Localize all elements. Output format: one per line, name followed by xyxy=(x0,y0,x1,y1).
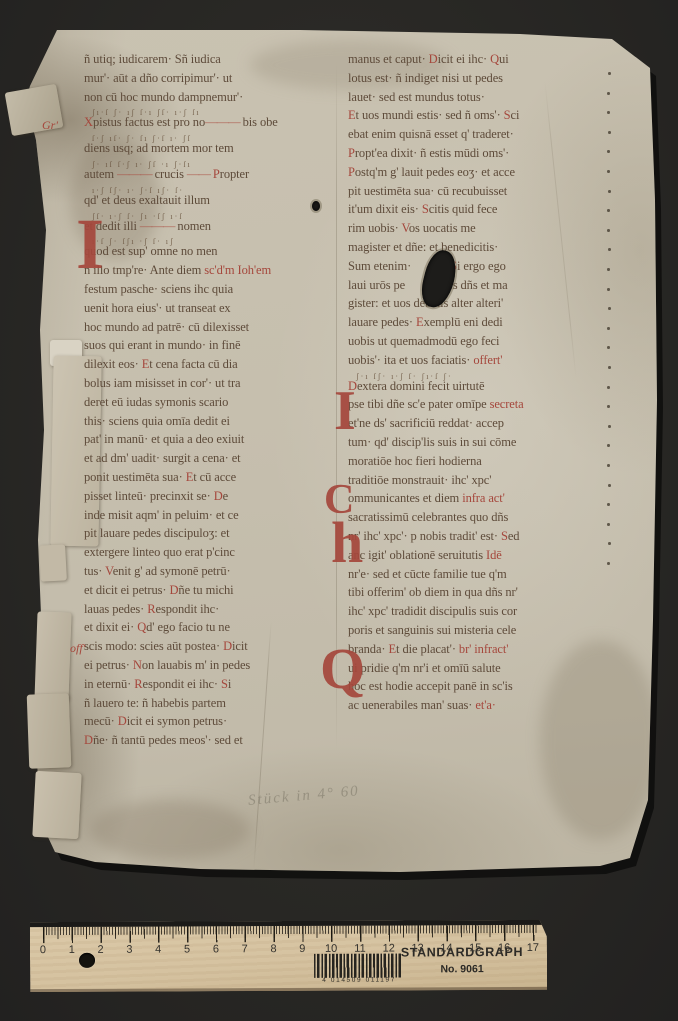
rubric-text: N xyxy=(133,658,142,672)
body-text: d' ego facio tu ne xyxy=(146,620,230,634)
body-text: laui urōs pe xyxy=(348,278,405,292)
manuscript-text-line: it'um dixit eis· Scitis quid fece xyxy=(348,200,612,219)
neume-notation: ſ·ʃ ıſ· ʃ· ſı ʃ·ſ ı· ʃſ xyxy=(92,130,192,149)
manuscript-text-line: rim uobis· Vos uocatis me xyxy=(348,219,612,238)
manuscript-text-line: Et uos mundi estis· sed ñ oms'· Sci xyxy=(348,106,612,125)
manuscript-text-line: scis modo: scies aūt postea· Dicit xyxy=(84,637,340,656)
body-text: os uocatis me xyxy=(409,221,476,235)
rubric-text: D xyxy=(118,714,127,728)
body-text: moratiōe hoc fieri hodierna xyxy=(348,454,482,468)
manuscript-text-line: ihc' xpc' tradidit discipulis suis cor xyxy=(348,602,612,621)
body-text: et'ne ds' sacrificiū reddat· accep xyxy=(348,416,504,430)
manuscript-text-line: gister: et uos debetis alter alteri' xyxy=(348,294,612,313)
pricking-hole xyxy=(607,170,610,173)
manuscript-text-line: pse tibi dñe sc'e pater omīpe secreta xyxy=(348,395,612,414)
neume-notation: ı·ʃ ſʃ· ı· ʃ·ſ ıʃ· ſ· xyxy=(92,182,184,201)
manuscript-text-line: et ad dm' uadit· surgit a cena· et xyxy=(84,449,340,468)
manuscript-text-line: anc igit' oblationē seruitutis Idē xyxy=(348,546,612,565)
rubric-text: infra act' xyxy=(462,491,505,505)
text-column-left: ñ utiq; iudicarem· Sñ iudicamur'· aūt a … xyxy=(84,50,340,750)
neume-notation: ʃ·ı ſʃ· ı·ʃ ſ· ʃı·ſ ʃ· xyxy=(356,368,453,387)
photograph-of-manuscript: ñ utiq; iudicarem· Sñ iudicamur'· aūt a … xyxy=(0,0,678,1021)
manuscript-text-line: inde misit aqm' in peluim· et ce xyxy=(84,506,340,525)
rubric-text: S xyxy=(221,677,228,691)
manuscript-text-line: nr' ihc' xpc'· p nobis tradit' est· Sed xyxy=(348,527,612,546)
manuscript-text-line: Sum etenim· Si ergo ego xyxy=(348,257,612,276)
manuscript-text-line: traditiōe monstrauit· ihc' xpc' xyxy=(348,471,612,490)
rubric-text: E xyxy=(389,642,397,656)
pricking-hole xyxy=(607,405,610,408)
ruler-hanging-hole xyxy=(79,953,95,968)
decorated-initial: I xyxy=(76,216,104,272)
body-text: lauare pedes· xyxy=(348,315,416,329)
barcode-digits: 4 014509 011197 xyxy=(313,976,405,983)
rubric-text: S xyxy=(422,202,429,216)
manuscript-text-line: n illo tmp're· Ante diem sc'd'm Ioh'em xyxy=(84,261,340,280)
body-text: mecū· xyxy=(84,714,118,728)
pricking-hole xyxy=(607,327,610,330)
body-text: uobis'· ita et uos faciatis· xyxy=(348,353,473,367)
rubric-text: br' infract' xyxy=(459,642,508,656)
body-text: magister et dñe: et benedicitis· xyxy=(348,240,498,254)
ruler-cm-number: 2 xyxy=(98,944,104,956)
manuscript-text-line: ommunicantes et diem infra act' xyxy=(348,489,612,508)
body-text: mur'· aūt a dño corripimur'· ut xyxy=(84,71,232,85)
body-text: icit ei ihc· xyxy=(438,52,491,66)
parchment-hole-small xyxy=(312,201,320,211)
body-text: tibi offerim' ob diem in qua dñs nr' xyxy=(348,585,518,599)
body-text: et dixit ei· xyxy=(84,620,137,634)
manuscript-text-line: festum pasche· sciens ihc quia xyxy=(84,280,340,299)
rubric-text: V xyxy=(105,564,113,578)
rubric-text: D xyxy=(223,639,232,653)
pricking-hole xyxy=(608,131,611,134)
parchment-stain xyxy=(90,800,250,860)
ruler-cm-number: 9 xyxy=(299,943,305,955)
body-text: nr' ihc' xpc'· p nobis tradit' est· xyxy=(348,529,501,543)
body-text: bolus iam misisset in cor'· ut tra xyxy=(84,376,240,390)
manuscript-text-line: pit lauare pedes discipuloʒ: et xyxy=(84,524,340,543)
rubric-text: et'a· xyxy=(475,698,495,712)
manuscript-text-line: pat' in manū· et quia a deo exiuit xyxy=(84,430,340,449)
body-text: on lauabis m' in pedes xyxy=(142,658,250,672)
body-text: festum pasche· sciens ihc quia xyxy=(84,282,233,296)
body-text: scis modo: scies aūt postea· xyxy=(84,639,223,653)
ruler-cm-number: 5 xyxy=(184,943,190,955)
ruler-model-label: No. 9061 xyxy=(440,963,483,975)
manuscript-text-line: hoc mundo ad patrē· cū dilexisset xyxy=(84,318,340,337)
manuscript-text-line: lauare pedes· Exemplū eni dedi xyxy=(348,313,612,332)
ruler-cm-number: 8 xyxy=(270,943,276,955)
body-text: deret eū iudas symonis scario xyxy=(84,395,228,409)
pricking-hole xyxy=(607,92,610,95)
rubric-text: P xyxy=(348,146,355,160)
marginal-rubric: Gr' xyxy=(42,118,58,133)
body-text: t die placat'· xyxy=(396,642,459,656)
rubric-text: E xyxy=(348,108,356,122)
body-text: lotus est· ñ indiget nisi ut pedes xyxy=(348,71,503,85)
neume-notation: ʃſ· ı·ʃ ſ· ʃı ·ſʃ ı·ſ xyxy=(92,208,184,227)
rubric-text: D xyxy=(84,733,93,747)
body-text: et ad dm' uadit· surgit a cena· et xyxy=(84,451,241,465)
decorated-initial: Q xyxy=(320,646,365,691)
body-text: ihc' xpc' tradidit discipulis suis cor xyxy=(348,604,517,618)
marginal-rubric: off' xyxy=(70,641,85,656)
manuscript-text-line: bolus iam misisset in cor'· ut tra xyxy=(84,374,340,393)
body-text: pit uestimēta sua· cū recubuisset xyxy=(348,184,507,198)
body-text: ponit uestimēta sua· xyxy=(84,470,186,484)
body-text: hoc mundo ad patrē· cū dilexisset xyxy=(84,320,249,334)
manuscript-text-line: mur'· aūt a dño corripimur'· ut xyxy=(84,69,340,88)
manuscript-text-line: dilexit eos· Et cena facta cū dia xyxy=(84,355,340,374)
body-text: espondit ei ihc· xyxy=(143,677,222,691)
rubric-text: S xyxy=(501,529,508,543)
manuscript-text-line: sacratissimū celebrantes quo dñs xyxy=(348,508,612,527)
manuscript-text-line: mecū· Dicit ei symon petrus· xyxy=(84,712,340,731)
rubric-text: secreta xyxy=(490,397,524,411)
manuscript-text-line: this· sciens quia omīa dedit ei xyxy=(84,412,340,431)
body-text: manus et caput· xyxy=(348,52,429,66)
ruler-cm-number: 3 xyxy=(126,944,132,956)
pricking-hole xyxy=(607,288,610,291)
pricking-hole xyxy=(608,307,611,310)
rubric-text: Q xyxy=(137,620,146,634)
body-text: rim uobis· xyxy=(348,221,402,235)
body-text: t uos mundi estis· sed ñ oms'· xyxy=(356,108,504,122)
ruler-cm-number: 0 xyxy=(40,944,46,956)
manuscript-text-line: manus et caput· Dicit ei ihc· Qui xyxy=(348,50,612,69)
pricking-hole xyxy=(607,464,610,467)
manuscript-text-line: tus· Venit g' ad symonē petrū· xyxy=(84,562,340,581)
ruler-cm-number: 14 xyxy=(440,942,452,954)
manuscript-text-line: laui urōs pedes dñs et ma xyxy=(348,276,612,295)
body-text: i ergo ego xyxy=(457,259,506,273)
body-text: ei petrus· xyxy=(84,658,133,672)
body-text: suos qui erant in mundo· in finē xyxy=(84,338,241,352)
neume-notation: ʃı·ſ ʃ· ıʃ ſ·ı ʃſ· ı·ʃ ſı xyxy=(92,104,201,123)
manuscript-text-line: et dicit ei petrus· Dñe tu michi xyxy=(84,581,340,600)
text-column-right: manus et caput· Dicit ei ihc· Quilotus e… xyxy=(348,50,612,715)
pricking-hole xyxy=(607,386,610,389)
pricking-hole xyxy=(608,484,611,487)
ruler-cm-number: 4 xyxy=(155,944,161,956)
manuscript-text-line: pisset linteū· precinxit se· De xyxy=(84,487,340,506)
rubric-text: P xyxy=(348,165,355,179)
body-text: i xyxy=(228,677,231,691)
ruler-cm-number: 1 xyxy=(69,944,75,956)
body-text: uobis ut quemadmodū ego feci xyxy=(348,334,499,348)
manuscript-text-line: poris et sanguinis sui misteria cele xyxy=(348,621,612,640)
manuscript-text-line: ui pridie q'm nr'i et omīū salute xyxy=(348,659,612,678)
ruler-cm-number: 12 xyxy=(383,943,395,955)
binding-stub xyxy=(39,544,67,581)
manuscript-text-line: tum· qd' discip'lis suis in sui cōme xyxy=(348,433,612,452)
manuscript-text-line: lauas pedes· Respondit ihc· xyxy=(84,600,340,619)
neume-notation: ʃ· ıſ ſ·ʃ ı· ʃſ ·ı ʃ·ſı xyxy=(92,156,192,175)
manuscript-text-line: ei petrus· Non lauabis m' in pedes xyxy=(84,656,340,675)
body-text: Sum etenim· xyxy=(348,259,414,273)
manuscript-text-line: tibi offerim' ob diem in qua dñs nr' xyxy=(348,583,612,602)
pricking-hole xyxy=(608,190,611,193)
manuscript-text-line: uenit hora eius'· ut transeat ex xyxy=(84,299,340,318)
binding-stub xyxy=(34,611,71,700)
body-text: sacratissimū celebrantes quo dñs xyxy=(348,510,508,524)
body-text: ropter xyxy=(220,167,249,181)
red-extender-line: ——— xyxy=(205,115,240,129)
manuscript-text-line: ñ utiq; iudicarem· Sñ iudica xyxy=(84,50,340,69)
body-text: ñe tu michi xyxy=(178,583,233,597)
manuscript-text-line: lauet· sed est mundus totus· xyxy=(348,88,612,107)
pricking-hole xyxy=(607,209,610,212)
body-text: extergere linteo quo erat p'cinc xyxy=(84,545,235,559)
binding-stub xyxy=(27,693,72,768)
manuscript-text-line: suos qui erant in mundo· in finē xyxy=(84,336,340,355)
body-text: anc igit' oblationē seruitutis xyxy=(348,548,486,562)
manuscript-text-line: pit uestimēta sua· cū recubuisset xyxy=(348,182,612,201)
rubric-text: Q xyxy=(490,52,499,66)
manuscript-text-line: et dixit ei· Qd' ego facio tu ne xyxy=(84,618,340,637)
pricking-hole xyxy=(607,523,610,526)
rubric-text: S xyxy=(504,108,511,122)
manuscript-text-line: ı·ſ ʃ· ſʃı ·ʃ ſ· ıʃquod est sup' omne no… xyxy=(84,242,340,261)
rubric-text: E xyxy=(416,315,424,329)
body-text: ed xyxy=(508,529,520,543)
ruler-cm-number: 10 xyxy=(325,943,337,955)
ruler: 4 014509 011197 STANDARDGRAPH No. 9061 0… xyxy=(30,920,547,992)
body-text: ommunicantes et diem xyxy=(348,491,462,505)
body-text: ac uenerabiles man' suas· xyxy=(348,698,475,712)
barcode xyxy=(314,954,402,978)
manuscript-text-line: Dñe· ñ tantū pedes meos'· sed et xyxy=(84,731,340,750)
pricking-hole xyxy=(607,111,610,114)
manuscript-text-line: magister et dñe: et benedicitis· xyxy=(348,238,612,257)
body-text: citis quid fece xyxy=(429,202,498,216)
manuscript-text-line: ac uenerabiles man' suas· et'a· xyxy=(348,696,612,715)
rubric-text: D xyxy=(214,489,223,503)
rubric-text: V xyxy=(402,221,409,235)
body-text: t cena facta cū dia xyxy=(149,357,237,371)
body-text: pisset linteū· precinxit se· xyxy=(84,489,214,503)
pricking-hole xyxy=(608,72,611,75)
manuscript-text-line: moratiōe hoc fieri hodierna xyxy=(348,452,612,471)
body-text: et dicit ei petrus· xyxy=(84,583,169,597)
body-text: pat' in manū· et quia a deo exiuit xyxy=(84,432,244,446)
body-text: lauet· sed est mundus totus· xyxy=(348,90,485,104)
neume-notation: ı·ſ ʃ· ſʃı ·ʃ ſ· ıʃ xyxy=(92,233,175,252)
ruler-cm-number: 16 xyxy=(498,942,510,954)
manuscript-text-line: Propt'ea dixit· ñ estis mūdi oms'· xyxy=(348,144,612,163)
manuscript-text-line: et'ne ds' sacrificiū reddat· accep xyxy=(348,414,612,433)
body-text: enit g' ad symonē petrū· xyxy=(113,564,231,578)
manuscript-text-line: lotus est· ñ indiget nisi ut pedes xyxy=(348,69,612,88)
body-text: this· sciens quia omīa dedit ei xyxy=(84,414,230,428)
body-text: nr'e· sed et cūcte familie tue q'm xyxy=(348,567,507,581)
body-text: lauas pedes· xyxy=(84,602,147,616)
body-text: icit xyxy=(232,639,248,653)
pricking-hole xyxy=(607,229,610,232)
manuscript-text-line: ñ lauero te: ñ habebis partem xyxy=(84,694,340,713)
body-text: espondit ihc· xyxy=(156,602,220,616)
manuscript-text-line: deret eū iudas symonis scario xyxy=(84,393,340,412)
body-text: poris et sanguinis sui misteria cele xyxy=(348,623,516,637)
body-text: traditiōe monstrauit· ihc' xpc' xyxy=(348,473,491,487)
ruler-cm-number: 13 xyxy=(411,942,423,954)
body-text: ci xyxy=(511,108,520,122)
body-text: ebat enim quisnā esset q' traderet· xyxy=(348,127,514,141)
body-text: icit ei symon petrus· xyxy=(127,714,227,728)
rubric-text: D xyxy=(429,52,438,66)
manuscript-text-line: extergere linteo quo erat p'cinc xyxy=(84,543,340,562)
body-text: ñe· ñ tantū pedes meos'· sed et xyxy=(93,733,243,747)
body-text: hoc est hodie accepit panē in sc'is xyxy=(348,679,513,693)
rubric-text: R xyxy=(147,602,155,616)
manuscript-text-line: branda· Et die placat'· br' infract' xyxy=(348,640,612,659)
pricking-hole xyxy=(607,562,610,565)
ruler-cm-number: 15 xyxy=(469,942,481,954)
ruler-cm-ticks xyxy=(43,925,537,943)
body-text: uenit hora eius'· ut transeat ex xyxy=(84,301,231,315)
ruler-cm-number: 11 xyxy=(354,943,365,955)
body-text: non cū hoc mundo dampnemur'· xyxy=(84,90,243,104)
body-text: inde misit aqm' in peluim· et ce xyxy=(84,508,239,522)
body-text: t cū acce xyxy=(193,470,236,484)
body-text: ostq'm g' lauit pedes eoʒ· et acce xyxy=(355,165,515,179)
body-text: xemplū eni dedi xyxy=(424,315,503,329)
decorated-initial: h xyxy=(331,520,363,565)
body-text: bis obe xyxy=(240,115,278,129)
manuscript-text-line: nr'e· sed et cūcte familie tue q'm xyxy=(348,565,612,584)
ruler-cm-number: 6 xyxy=(213,943,219,955)
ruler-cm-number: 7 xyxy=(242,943,248,955)
manuscript-text-line: ʃ·ı ſʃ· ı·ʃ ſ· ʃı·ſ ʃ·Dextera domini fec… xyxy=(348,377,612,396)
body-text: tus· xyxy=(84,564,105,578)
pricking-hole xyxy=(608,366,611,369)
rubric-text: offert' xyxy=(473,353,502,367)
body-text: ui pridie q'm nr'i et omīū salute xyxy=(348,661,501,675)
body-text: ui xyxy=(499,52,509,66)
pricking-hole xyxy=(607,503,610,506)
manuscript-text-line: ebat enim quisnā esset q' traderet· xyxy=(348,125,612,144)
pricking-hole xyxy=(608,425,611,428)
body-text: pit lauare pedes discipuloʒ: et xyxy=(84,526,229,540)
binding-stub xyxy=(32,771,81,839)
manuscript-text-line: hoc est hodie accepit panē in sc'is xyxy=(348,677,612,696)
rubric-text: P xyxy=(210,167,220,181)
manuscript-text-line: ponit uestimēta sua· Et cū acce xyxy=(84,468,340,487)
decorated-initial: I xyxy=(334,390,356,434)
body-text: ñ lauero te: ñ habebis partem xyxy=(84,696,226,710)
rubric-text: Idē xyxy=(486,548,502,562)
body-text: ñ utiq; iudicarem· Sñ iudica xyxy=(84,52,221,66)
pricking-hole xyxy=(607,268,610,271)
rubric-text: sc'd'm Ioh'em xyxy=(204,263,271,277)
manuscript-text-line: uobis ut quemadmodū ego feci xyxy=(348,332,612,351)
body-text: tum· qd' discip'lis suis in sui cōme xyxy=(348,435,516,449)
rubric-text: R xyxy=(134,677,142,691)
manuscript-text-line: Postq'm g' lauit pedes eoʒ· et acce xyxy=(348,163,612,182)
body-text: dilexit eos· xyxy=(84,357,142,371)
body-text: pse tibi dñe sc'e pater omīpe xyxy=(348,397,490,411)
body-text: ropt'ea dixit· ñ estis mūdi oms'· xyxy=(355,146,509,160)
body-text: it'um dixit eis· xyxy=(348,202,422,216)
ruler-cm-number: 17 xyxy=(527,942,539,954)
manuscript-text-line: in eternū· Respondit ei ihc· Si xyxy=(84,675,340,694)
body-text: e xyxy=(223,489,228,503)
body-text: in eternū· xyxy=(84,677,134,691)
